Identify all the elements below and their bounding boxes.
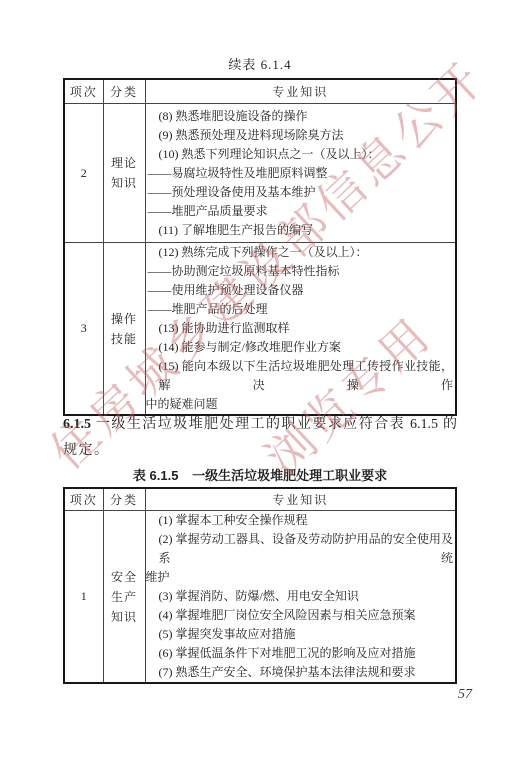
knowledge-cell: (8) 熟悉堆肥设施设备的操作 (9) 熟悉预处理及进料现场除臭方法 (10) …	[145, 104, 456, 243]
table-row-safety: 1 安全 生产 知识 (1) 掌握本工种安全操作规程 (2) 掌握劳动工器具、设…	[64, 511, 456, 684]
knowledge-line: (5) 掌握突发事故应对措施	[146, 625, 456, 644]
category-line: 技能	[104, 329, 145, 349]
knowledge-line: ——协助测定垃圾原料基本特性指标	[146, 262, 456, 281]
col-header-category: 分类	[103, 79, 145, 104]
knowledge-line: 维护	[146, 568, 456, 587]
category-line: 理论	[104, 153, 145, 173]
page-number: 57	[420, 687, 472, 703]
knowledge-cell: (12) 熟练完成下列操作之一（及以上）： ——协助测定垃圾原料基本特性指标 —…	[145, 243, 456, 416]
row-index: 2	[64, 104, 103, 243]
clause-number: 6.1.5	[63, 417, 91, 432]
knowledge-line: ——预处理设备使用及基本维护	[146, 183, 456, 202]
clause-text: 一级生活垃圾堆肥处理工的职业要求应符合表 6.1.5 的	[96, 417, 457, 432]
clause-first-line: 6.1.5 一级生活垃圾堆肥处理工的职业要求应符合表 6.1.5 的	[63, 413, 457, 436]
knowledge-line: (2) 掌握劳动工器具、设备及劳动防护用品的安全使用及系统	[146, 530, 456, 568]
category-line: 知识	[104, 173, 145, 193]
occupation-requirements-table: 项次 分类 专业知识 1 安全 生产 知识 (1) 掌握本工种安全操作规程 (2…	[63, 487, 457, 684]
knowledge-line: (15) 能向本级以下生活垃圾堆肥处理工传授作业技能，解决操作	[146, 357, 456, 395]
knowledge-line: 中的疑难问题	[146, 395, 456, 414]
knowledge-table-continued: 项次 分类 专业知识 2 理论 知识 (8) 熟悉堆肥设施设备的操作 (9) 熟…	[63, 78, 457, 416]
table-caption: 表 6.1.5 一级生活垃圾堆肥处理工职业要求	[63, 465, 457, 484]
knowledge-line: (14) 能参与制定/修改堆肥作业方案	[146, 338, 456, 357]
table-caption-label: 表 6.1.5	[133, 468, 179, 483]
col-header-category: 分类	[103, 488, 145, 511]
clause-second-line: 规定。	[63, 439, 457, 462]
col-header-knowledge: 专业知识	[145, 79, 456, 104]
row-index: 1	[64, 511, 103, 684]
knowledge-line: (4) 掌握堆肥厂岗位安全风险因素与相关应急预案	[146, 606, 456, 625]
category-label: 安全 生产 知识	[103, 511, 145, 684]
clause-6-1-5: 6.1.5 一级生活垃圾堆肥处理工的职业要求应符合表 6.1.5 的 规定。	[63, 413, 457, 462]
knowledge-line: ——使用维护预处理设备仪器	[146, 281, 456, 300]
row-index: 3	[64, 243, 103, 416]
knowledge-line: (9) 熟悉预处理及进料现场除臭方法	[146, 126, 456, 145]
category-line: 生产	[104, 587, 145, 607]
col-header-item-no: 项次	[64, 488, 103, 511]
knowledge-line: (11) 了解堆肥生产报告的编写	[146, 221, 456, 240]
table-caption-text: 一级生活垃圾堆肥处理工职业要求	[192, 468, 387, 483]
knowledge-line: (8) 熟悉堆肥设施设备的操作	[146, 107, 456, 126]
table-header-row: 项次 分类 专业知识	[64, 79, 456, 104]
knowledge-line: (3) 掌握消防、防爆/燃、用电安全知识	[146, 587, 456, 606]
knowledge-line: (13) 能协助进行监测取样	[146, 319, 456, 338]
knowledge-line: (1) 掌握本工种安全操作规程	[146, 511, 456, 530]
knowledge-cell: (1) 掌握本工种安全操作规程 (2) 掌握劳动工器具、设备及劳动防护用品的安全…	[145, 511, 456, 684]
table-row-skills: 3 操作 技能 (12) 熟练完成下列操作之一（及以上）： ——协助测定垃圾原料…	[64, 243, 456, 416]
knowledge-line: ——堆肥产品质量要求	[146, 202, 456, 221]
category-label: 理论 知识	[103, 104, 145, 243]
knowledge-line: ——堆肥产品的后处理	[146, 300, 456, 319]
knowledge-line: (10) 熟悉下列理论知识点之一（及以上）：	[146, 145, 456, 164]
table-header-row: 项次 分类 专业知识	[64, 488, 456, 511]
knowledge-line: ——易腐垃圾特性及堆肥原料调整	[146, 164, 456, 183]
table-row-theory: 2 理论 知识 (8) 熟悉堆肥设施设备的操作 (9) 熟悉预处理及进料现场除臭…	[64, 104, 456, 243]
knowledge-line: (12) 熟练完成下列操作之一（及以上）：	[146, 243, 456, 262]
category-line: 操作	[104, 309, 145, 329]
col-header-item-no: 项次	[64, 79, 103, 104]
category-line: 知识	[104, 607, 145, 627]
col-header-knowledge: 专业知识	[145, 488, 456, 511]
category-label: 操作 技能	[103, 243, 145, 416]
knowledge-line: (7) 熟悉生产安全、环境保护基本法律法规和要求	[146, 663, 456, 682]
category-line: 安全	[104, 567, 145, 587]
knowledge-line: (6) 掌握低温条件下对堆肥工况的影响及应对措施	[146, 644, 456, 663]
continued-table-title: 续表 6.1.4	[63, 54, 457, 73]
